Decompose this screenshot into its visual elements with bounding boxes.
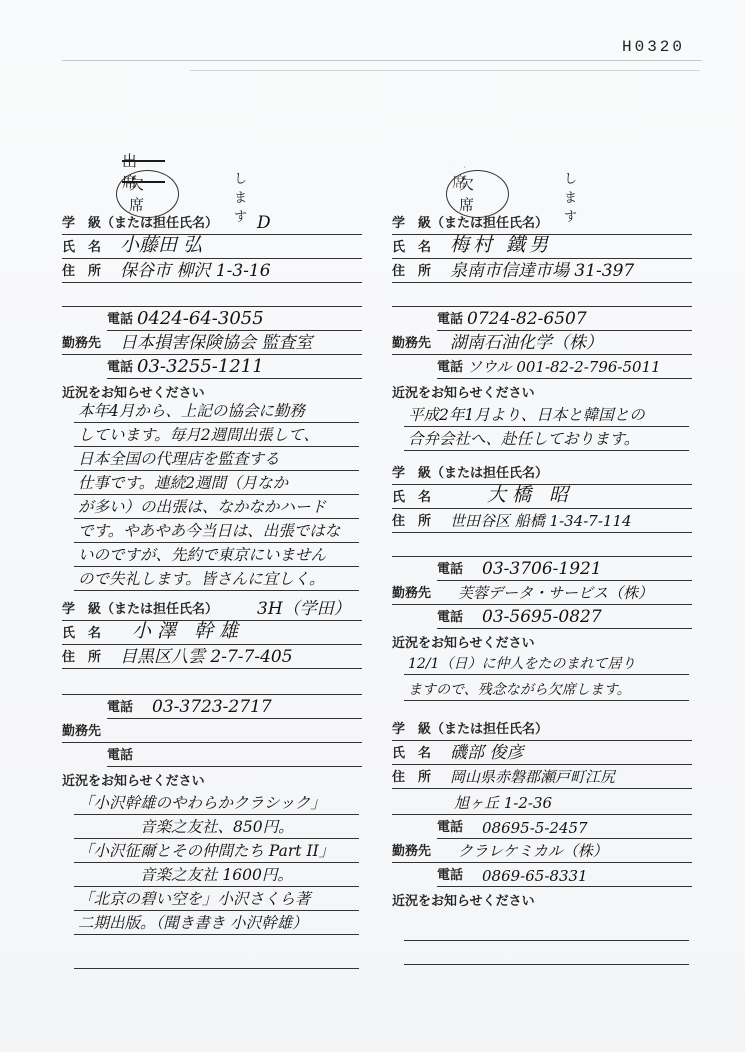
name-label: 氏 名	[62, 236, 101, 255]
phone-value: 03-3706-1921	[482, 559, 602, 579]
address-value: 泉南市信達市場 31-397	[450, 256, 634, 281]
phone-value: 08695-5-2457	[482, 819, 588, 837]
attend-option-absent-circled: 欠席	[446, 170, 509, 218]
news-line: 日本全国の代理店を監査する	[74, 448, 359, 471]
phone-label: 電話	[437, 816, 463, 835]
phone-row: 電話 03-3706-1921	[437, 558, 692, 581]
news-line: ますので、残念ながら欠席します。	[404, 678, 689, 701]
class-label: 学 級（または担任氏名）	[392, 718, 548, 737]
news-line: 12/1（日）に仲人をたのまれて居り	[404, 652, 689, 675]
news-line	[404, 918, 689, 941]
work-phone-label: 電話	[107, 356, 133, 375]
class-value: 3H（学田）	[257, 594, 351, 619]
name-label: 氏 名	[392, 742, 431, 761]
address-row-2	[392, 534, 692, 557]
address-value: 保谷市 柳沢 1-3-16	[120, 256, 271, 281]
name-value: 小澤 幹雄	[132, 616, 244, 643]
document-id: H0320	[622, 38, 685, 56]
work-phone-row: 電話	[107, 744, 362, 767]
work-phone-row: 電話 03-5695-0827	[437, 606, 692, 629]
workplace-value: 湖南石油化学（株）	[450, 328, 603, 353]
news-line: いのですが、先約で東京にいません	[74, 544, 359, 567]
workplace-row: 勤務先 湖南石油化学（株）	[392, 332, 692, 355]
news-line: 本年4月から、上記の協会に勤務	[74, 400, 359, 423]
workplace-label: 勤務先	[392, 840, 431, 859]
workplace-label: 勤務先	[392, 582, 431, 601]
phone-label: 電話	[107, 308, 133, 327]
name-value: 大橋 昭	[487, 480, 574, 507]
work-phone-row: 電話 03-3255-1211	[107, 356, 362, 379]
address-label: 住 所	[62, 646, 101, 665]
news-line: 平成2年1月より、日本と韓国との	[404, 404, 689, 427]
news-line: 音楽之友社 1600円。	[74, 864, 359, 887]
address-row-2	[62, 284, 362, 307]
phone-label: 電話	[437, 558, 463, 577]
news-line: です。やあやあ今当日は、出張ではな	[74, 520, 359, 543]
address-row: 住 所 目黒区八雲 2-7-7-405	[62, 646, 362, 669]
news-line: 音楽之友社、850円。	[74, 816, 359, 839]
address-value: 世田谷区 船橋 1-34-7-114	[450, 510, 632, 531]
address-row: 住 所 保谷市 柳沢 1-3-16	[62, 260, 362, 283]
scanned-page: H0320 出席 欠席 します 学 級（または担任氏名） D 氏 名 小藤田 弘…	[0, 0, 745, 1052]
work-phone-value: 0869-65-8331	[482, 867, 588, 885]
phone-value: 0424-64-3055	[137, 308, 264, 329]
name-label: 氏 名	[62, 622, 101, 641]
class-value: D	[257, 213, 271, 233]
address-row-2	[392, 284, 692, 307]
news-line: 合弁会社へ、赴任しております。	[404, 428, 689, 451]
name-value: 小藤田 弘	[120, 230, 202, 257]
class-row: 学 級（または担任氏名）	[392, 718, 692, 741]
name-value: 磯部 俊彦	[450, 738, 523, 763]
news-label: 近況をお知らせください	[392, 382, 535, 401]
header-rule-2	[190, 70, 700, 71]
header-rule	[62, 60, 702, 61]
class-label: 学 級（または担任氏名）	[62, 598, 218, 617]
news-line: しています。毎月2週間出張して、	[74, 424, 359, 447]
address-value: 岡山県赤磐郡瀬戸町江尻	[450, 766, 615, 787]
address-row-2: 旭ヶ丘 1-2-36	[392, 792, 692, 815]
address-row: 住 所 泉南市信達市場 31-397	[392, 260, 692, 283]
phone-value: 03-3723-2717	[152, 697, 272, 717]
name-row: 氏 名 磯部 俊彦	[392, 742, 692, 765]
work-phone-label: 電話	[437, 606, 463, 625]
workplace-row: 勤務先 クラレケミカル（株）	[392, 840, 692, 863]
name-label: 氏 名	[392, 486, 431, 505]
news-line: 二期出版。（聞き書き 小沢幹雄）	[74, 912, 359, 935]
work-phone-label: 電話	[107, 744, 133, 763]
attend-option-absent-circled: 欠席	[116, 170, 179, 218]
phone-value: 0724-82-6507	[467, 309, 587, 329]
address-label: 住 所	[392, 260, 431, 279]
news-line	[74, 946, 359, 969]
news-label: 近況をお知らせください	[392, 632, 535, 651]
news-line	[404, 942, 689, 965]
work-phone-value: 03-5695-0827	[482, 607, 602, 627]
workplace-label: 勤務先	[392, 332, 431, 351]
workplace-value: 芙蓉データ・サービス（株）	[458, 582, 653, 603]
work-phone-label: 電話	[437, 864, 463, 883]
workplace-row: 勤務先	[62, 720, 362, 743]
class-label: 学 級（または担任氏名）	[392, 462, 548, 481]
class-row: 学 級（または担任氏名） D	[62, 212, 362, 235]
address-row: 住 所 岡山県赤磐郡瀬戸町江尻	[392, 766, 692, 789]
news-line: 「小沢幹雄のやわらかクラシック」	[74, 792, 359, 815]
work-phone-value: ソウル 001-82-2-796-5011	[467, 356, 661, 377]
workplace-value: クラレケミカル（株）	[458, 840, 608, 861]
work-phone-label: 電話	[437, 356, 463, 375]
work-phone-value: 03-3255-1211	[137, 356, 264, 377]
address-value-2: 旭ヶ丘 1-2-36	[454, 792, 552, 813]
news-line: が多い）の出張は、なかなかハード	[74, 496, 359, 519]
news-label: 近況をお知らせください	[392, 890, 535, 909]
work-phone-row: 電話 0869-65-8331	[437, 864, 692, 887]
workplace-value: 日本損害保険協会 監査室	[120, 328, 312, 353]
address-label: 住 所	[392, 510, 431, 529]
phone-row: 電話 03-3723-2717	[107, 696, 362, 719]
workplace-label: 勤務先	[62, 720, 101, 739]
news-line: 「小沢征爾とその仲間たち Part II」	[74, 840, 359, 863]
phone-label: 電話	[437, 308, 463, 327]
name-value: 梅村 鐵男	[450, 230, 552, 257]
workplace-row: 勤務先 日本損害保険協会 監査室	[62, 332, 362, 355]
name-row: 氏 名 大橋 昭	[392, 486, 692, 509]
class-label: 学 級（または担任氏名）	[392, 212, 548, 231]
address-label: 住 所	[392, 766, 431, 785]
news-line: 仕事です。連続2週間（月なか	[74, 472, 359, 495]
workplace-row: 勤務先 芙蓉データ・サービス（株）	[392, 582, 692, 605]
address-row: 住 所 世田谷区 船橋 1-34-7-114	[392, 510, 692, 533]
name-label: 氏 名	[392, 236, 431, 255]
work-phone-row: 電話 ソウル 001-82-2-796-5011	[437, 356, 692, 379]
news-label: 近況をお知らせください	[62, 770, 205, 789]
phone-label: 電話	[107, 696, 133, 715]
address-value: 目黒区八雲 2-7-7-405	[120, 642, 293, 667]
address-label: 住 所	[62, 260, 101, 279]
news-line: 「北京の碧い空を」小沢さくら著	[74, 888, 359, 911]
address-row-2	[62, 672, 362, 695]
workplace-label: 勤務先	[62, 332, 101, 351]
class-label: 学 級（または担任氏名）	[62, 212, 218, 231]
news-line: ので失礼します。皆さんに宜しく。	[74, 568, 359, 591]
phone-row: 電話 08695-5-2457	[437, 816, 692, 839]
